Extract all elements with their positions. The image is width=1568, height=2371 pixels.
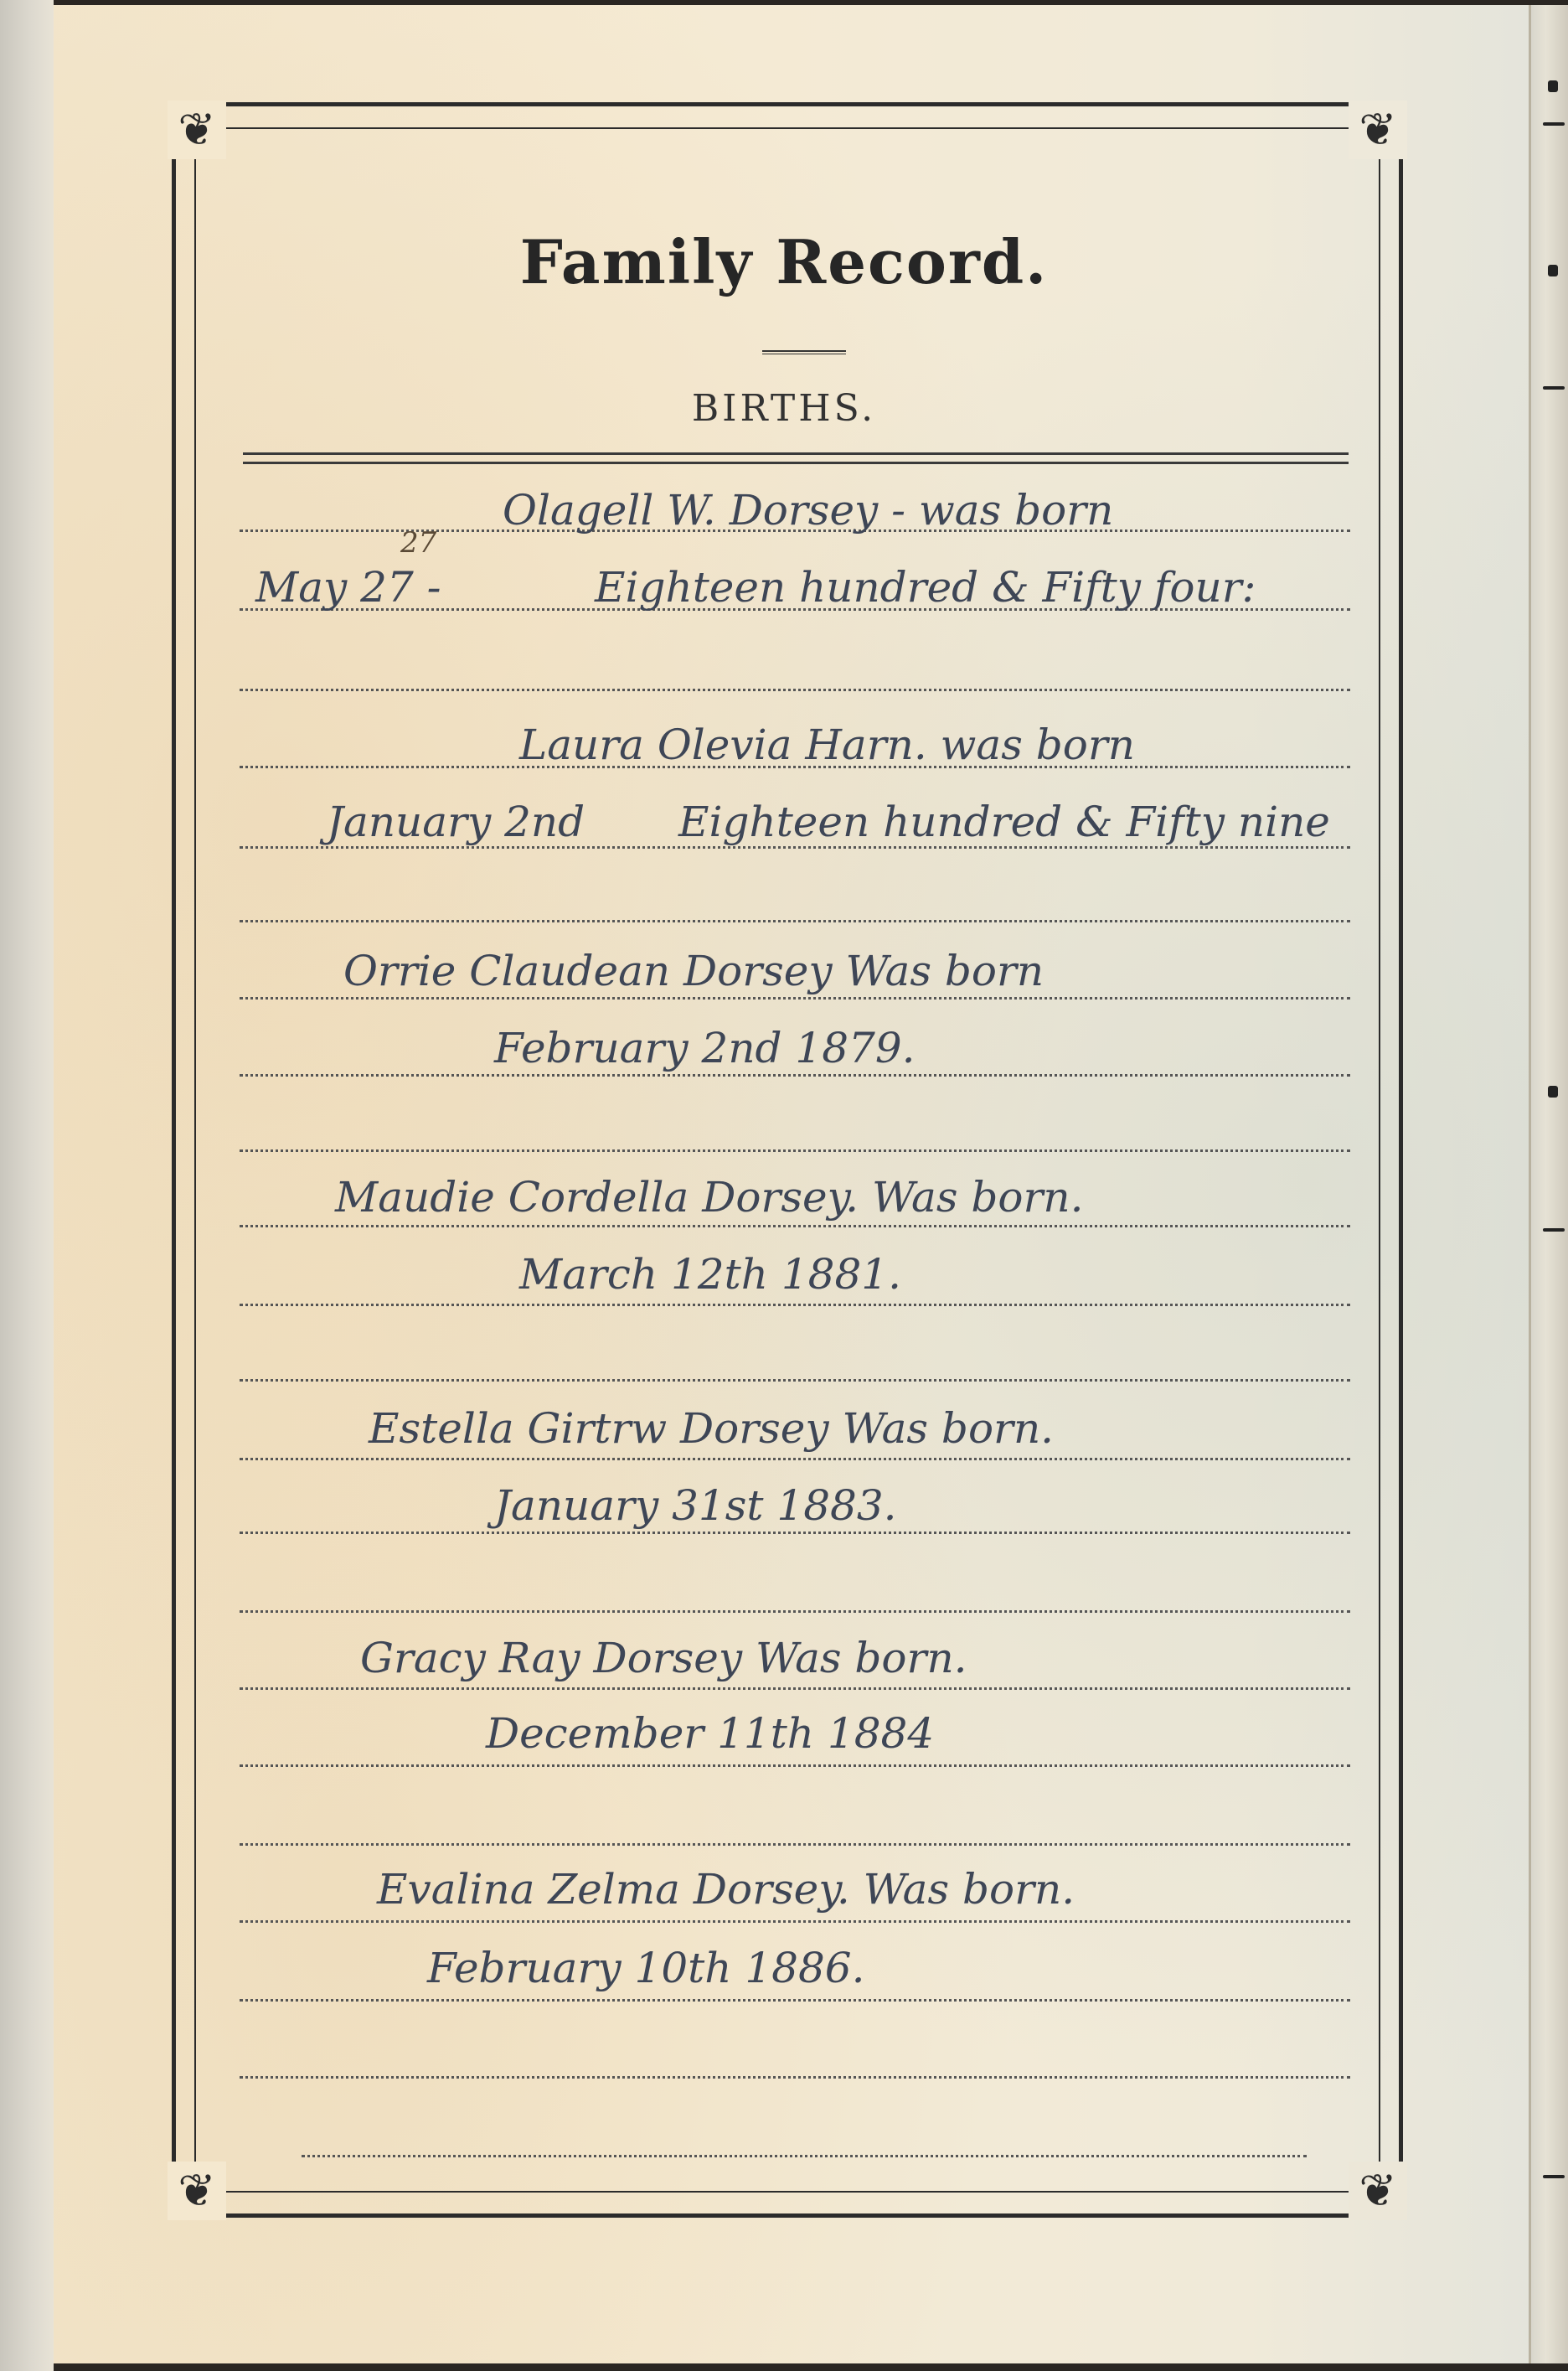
book-binding-right	[1529, 5, 1568, 2363]
ruled-line	[240, 1920, 1350, 1923]
ruled-line	[240, 1458, 1350, 1460]
corner-flourish-icon: ❦	[168, 2162, 226, 2220]
entry-date-prefix: January 2nd	[327, 798, 585, 846]
entry-date-line: February 10th 1886.	[427, 1944, 864, 1992]
header-double-rule	[243, 452, 1349, 464]
entry-name-line: Maudie Cordella Dorsey. Was born.	[335, 1173, 1083, 1222]
corner-flourish-icon: ❦	[1349, 101, 1407, 159]
ruled-line	[240, 920, 1350, 922]
entry-date-line: January 31st 1883.	[494, 1481, 897, 1530]
entry-date-line: March 12th 1881.	[519, 1250, 901, 1299]
book-gutter-left	[0, 0, 54, 2371]
ruled-line	[240, 1225, 1350, 1227]
entry-date-line: Eighteen hundred & Fifty four:	[595, 563, 1256, 612]
ruled-line	[240, 1610, 1350, 1613]
ruled-line	[240, 1149, 1350, 1152]
ruled-line	[240, 1304, 1350, 1306]
entry-name-line: Gracy Ray Dorsey Was born.	[360, 1634, 967, 1682]
ruled-line	[240, 1687, 1350, 1690]
ruled-line	[240, 2076, 1350, 2079]
entry-date-line: Eighteen hundred & Fifty nine	[678, 798, 1330, 846]
binding-stitch	[1543, 2175, 1565, 2178]
entry-date-line: December 11th 1884	[486, 1709, 934, 1758]
entry-date-line: February 2nd 1879.	[494, 1024, 916, 1072]
ruled-line	[302, 2155, 1307, 2157]
entry-name-line: Orrie Claudean Dorsey Was born	[343, 947, 1044, 995]
ruled-line	[240, 997, 1350, 1000]
binding-stitch	[1543, 122, 1565, 126]
section-heading: BIRTHS.	[0, 387, 1568, 430]
ruled-line	[240, 1532, 1350, 1534]
ruled-line	[240, 1074, 1350, 1077]
ruled-line	[240, 1999, 1350, 2002]
entry-date-prefix: May 27 -	[255, 563, 441, 612]
ruled-line	[240, 1764, 1350, 1767]
ruled-line	[240, 846, 1350, 849]
ruled-line	[240, 1379, 1350, 1382]
binding-stitch	[1548, 80, 1558, 92]
binding-stitch	[1543, 1228, 1565, 1232]
ruled-line	[240, 689, 1350, 691]
binding-stitch	[1548, 1086, 1558, 1098]
ruled-line	[240, 1843, 1350, 1846]
corner-flourish-icon: ❦	[1349, 2162, 1407, 2220]
entry-name-line: Olagell W. Dorsey - was born	[503, 486, 1113, 535]
entry-name-line: Evalina Zelma Dorsey. Was born.	[377, 1865, 1075, 1914]
date-annotation: 27	[400, 526, 436, 560]
entry-name-line: Laura Olevia Harn. was born	[519, 721, 1135, 769]
entry-name-line: Estella Girtrw Dorsey Was born.	[369, 1404, 1054, 1453]
corner-flourish-icon: ❦	[168, 101, 226, 159]
title-divider	[762, 350, 846, 354]
page-title: Family Record.	[0, 226, 1568, 297]
